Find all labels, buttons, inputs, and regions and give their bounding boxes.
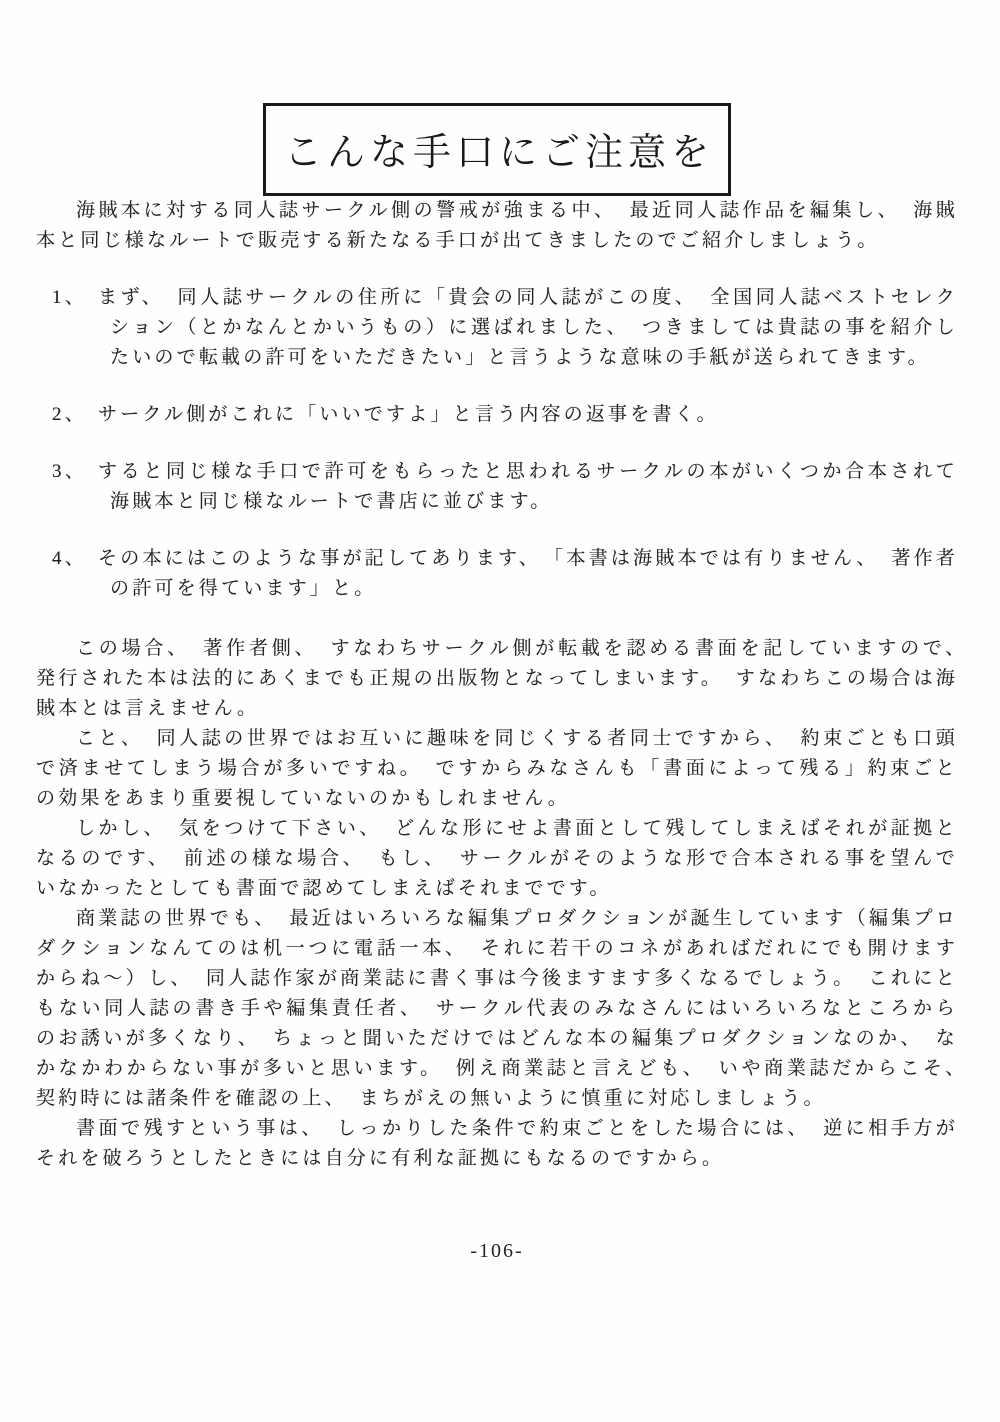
paragraph-business: 商業誌の世界でも、 最近はいろいろな編集プロダクションが誕生しています（編集プロ… xyxy=(36,904,958,1114)
list-item-3-text: すると同じ様な手口で許可をもらったと思われるサークルの本がいくつか合本されて海賊… xyxy=(98,461,958,512)
list-item-2: 2、 サークル側がこれに「いいですよ」と言う内容の返事を書く。 xyxy=(36,400,958,430)
list-item-2-number: 2、 xyxy=(52,400,87,430)
title-box: こんな手口にご注意を xyxy=(263,103,731,196)
list-item-4-number: 4、 xyxy=(52,544,87,574)
paragraph-caution: しかし、 気をつけて下さい、 どんな形にせよ書面として残してしまえばそれが証拠と… xyxy=(36,814,958,904)
list-item-3-number: 3、 xyxy=(52,457,87,487)
numbered-list: 1、 まず、 同人誌サークルの住所に「貴会の同人誌がこの度、 全国同人誌ベストセ… xyxy=(36,283,958,604)
list-item-1-text: まず、 同人誌サークルの住所に「貴会の同人誌がこの度、 全国同人誌ベストセレクシ… xyxy=(98,287,958,368)
document-page: こんな手口にご注意を 海賊本に対する同人誌サークル側の警戒が強まる中、 最近同人… xyxy=(0,0,1000,1422)
page-number: -106- xyxy=(36,1240,958,1263)
intro-paragraph: 海賊本に対する同人誌サークル側の警戒が強まる中、 最近同人誌作品を編集し、 海賊… xyxy=(36,196,958,256)
list-item-2-text: サークル側がこれに「いいですよ」と言う内容の返事を書く。 xyxy=(98,404,719,425)
list-item-1-number: 1、 xyxy=(52,283,87,313)
paragraph-case: この場合、 著作者側、 すなわちサークル側が転載を認める書面を記していますので、… xyxy=(36,634,958,724)
list-item-4: 4、 その本にはこのような事が記してあります、 「本書は海賊本では有りません、 … xyxy=(36,544,958,604)
page-title: こんな手口にご注意を xyxy=(284,132,714,174)
paragraph-final: 書面で残すという事は、 しっかりした条件で約束ごとをした場合には、 逆に相手方が… xyxy=(36,1114,958,1174)
list-item-3: 3、 すると同じ様な手口で許可をもらったと思われるサークルの本がいくつか合本され… xyxy=(36,457,958,517)
list-item-1: 1、 まず、 同人誌サークルの住所に「貴会の同人誌がこの度、 全国同人誌ベストセ… xyxy=(36,283,958,373)
paragraph-group: この場合、 著作者側、 すなわちサークル側が転載を認める書面を記していますので、… xyxy=(36,634,958,904)
paragraph-koto: こと、 同人誌の世界ではお互いに趣味を同じくする者同士ですから、 約束ごとも口頭… xyxy=(36,724,958,814)
list-item-4-text: その本にはこのような事が記してあります、 「本書は海賊本では有りません、 著作者… xyxy=(98,548,958,599)
